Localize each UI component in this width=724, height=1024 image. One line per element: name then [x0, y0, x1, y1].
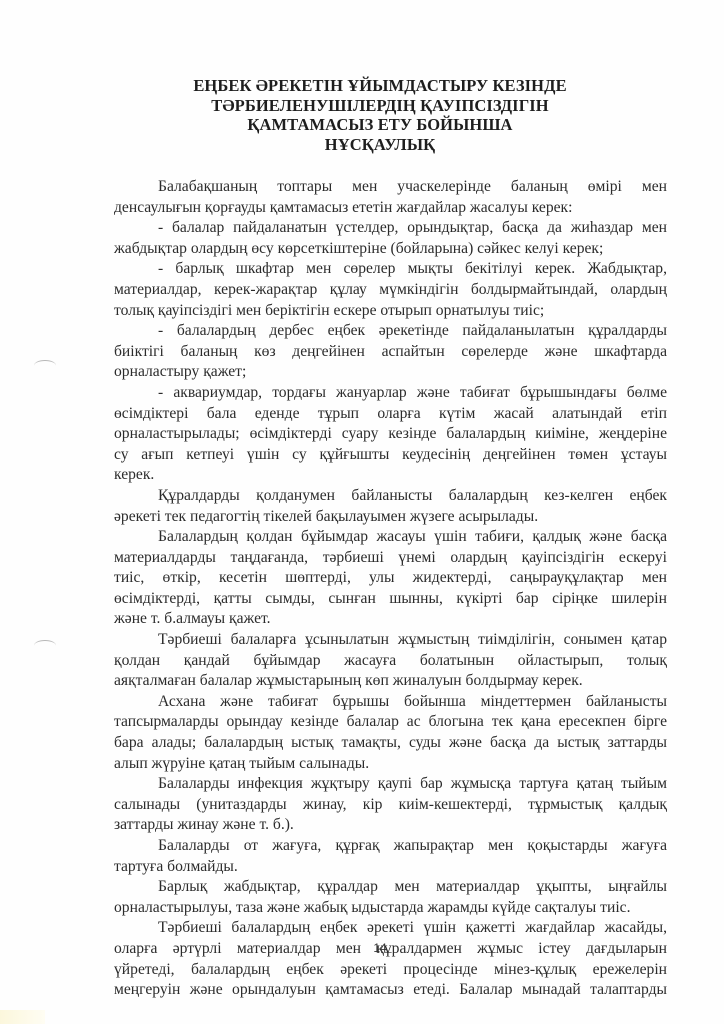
- text-line: су ағып кетпеуі үшін су құйғышты кеудесі…: [114, 445, 667, 466]
- text-line: - барлық шкафтар мен сөрелер мықты бекіт…: [114, 259, 667, 280]
- text-line: жабдықтар олардың өсу көрсеткіштеріне (б…: [114, 239, 667, 260]
- text-line: Құралдарды қолданумен байланысты балалар…: [114, 486, 667, 507]
- text-line: материалдарды таңдағанда, тәрбиеші үнемі…: [114, 548, 667, 569]
- text-line: биіктігі баланың көз деңгейінен аспайтын…: [114, 342, 667, 363]
- text-line: материалдар, керек-жарақтар құлау мүмкін…: [114, 280, 667, 301]
- text-line: өсімдіктерді, қатты сымды, сынған шынны,…: [114, 589, 667, 610]
- punch-hole-mark-top: [34, 360, 56, 371]
- title-line-2: ТӘРБИЕЛЕНУШІЛЕРДІҢ ҚАУІПСІЗДІГІН: [150, 96, 610, 116]
- text-line: өсімдіктері бала еденде тұрып оларға күт…: [114, 404, 667, 425]
- text-line: Балаларды от жағуға, құрғақ жапырақтар м…: [114, 836, 667, 857]
- text-line: Тәрбиеші балалардың еңбек әрекеті үшін қ…: [114, 918, 667, 939]
- text-line: меңгеруін және орындалуын қамтамасыз ете…: [114, 980, 667, 1001]
- text-line: әрекеті тек педагогтің тікелей бақылауым…: [114, 507, 667, 528]
- scan-corner-tint: [0, 1010, 45, 1024]
- text-line: Балабақшаның топтары мен учаскелерінде б…: [114, 177, 667, 198]
- text-line: Балалардың қолдан бұйымдар жасауы үшін т…: [114, 527, 667, 548]
- title-line-1: ЕҢБЕК ӘРЕКЕТІН ҰЙЫМДАСТЫРУ КЕЗІНДЕ: [150, 76, 610, 96]
- text-line: тапсырмаларды орындау кезінде балалар ас…: [114, 712, 667, 733]
- document-title: ЕҢБЕК ӘРЕКЕТІН ҰЙЫМДАСТЫРУ КЕЗІНДЕ ТӘРБИ…: [150, 76, 610, 154]
- text-line: және т. б.алмауы қажет.: [114, 609, 667, 630]
- text-line: орналастырылады; өсімдіктерді суару кезі…: [114, 424, 667, 445]
- text-line: салынады (унитаздарды жинау, кір киім-ке…: [114, 795, 667, 816]
- text-line: толық қауіпсіздігі мен беріктігін ескере…: [114, 301, 667, 322]
- text-line: оларға әртүрлі материалдар мен құралдарм…: [114, 939, 667, 960]
- text-line: тартуға болмайды.: [114, 857, 667, 878]
- text-line: орналастыру қажет;: [114, 362, 667, 383]
- text-line: керек.: [114, 465, 667, 486]
- text-line: қолдан қандай бұйымдар жасауға болатынын…: [114, 651, 667, 672]
- text-line: Балаларды инфекция жұқтыру қаупі бар жұм…: [114, 774, 667, 795]
- text-line: заттарды жинау және т. б.).: [114, 815, 667, 836]
- text-line: Тәрбиеші балаларға ұсынылатын жұмыстың т…: [114, 630, 667, 651]
- text-line: Барлық жабдықтар, құралдар мен материалд…: [114, 877, 667, 898]
- document-body: Балабақшаның топтары мен учаскелерінде б…: [114, 177, 667, 1001]
- title-line-3: ҚАМТАМАСЫЗ ЕТУ БОЙЫНША: [150, 115, 610, 135]
- text-line: үйретеді, балалардың еңбек әрекеті проце…: [114, 960, 667, 981]
- text-line: - балалар пайдаланатын үстелдер, орындық…: [114, 218, 667, 239]
- page-number: 14: [370, 941, 390, 955]
- punch-hole-mark-bottom: [34, 640, 56, 651]
- text-line: - балалардың дербес еңбек әрекетінде пай…: [114, 321, 667, 342]
- text-line: денсаулығын қорғауды қамтамасыз ететін ж…: [114, 198, 667, 219]
- text-line: аяқталмаған балалар жұмыстарының көп жин…: [114, 671, 667, 692]
- text-line: бара алады; балалардың ыстық тамақты, су…: [114, 733, 667, 754]
- text-line: орналастырылуы, таза және жабық ыдыстард…: [114, 898, 667, 919]
- text-line: - аквариумдар, тордағы жануарлар және та…: [114, 383, 667, 404]
- text-line: алып жүруіне қатаң тыйым салынады.: [114, 754, 667, 775]
- scanned-page: ЕҢБЕК ӘРЕКЕТІН ҰЙЫМДАСТЫРУ КЕЗІНДЕ ТӘРБИ…: [0, 0, 724, 1024]
- title-line-4: НҰСҚАУЛЫҚ: [150, 135, 610, 155]
- text-line: Асхана және табиғат бұрышы бойынша мінде…: [114, 692, 667, 713]
- text-line: тиіс, өткір, кесетін шөптерді, улы жидек…: [114, 568, 667, 589]
